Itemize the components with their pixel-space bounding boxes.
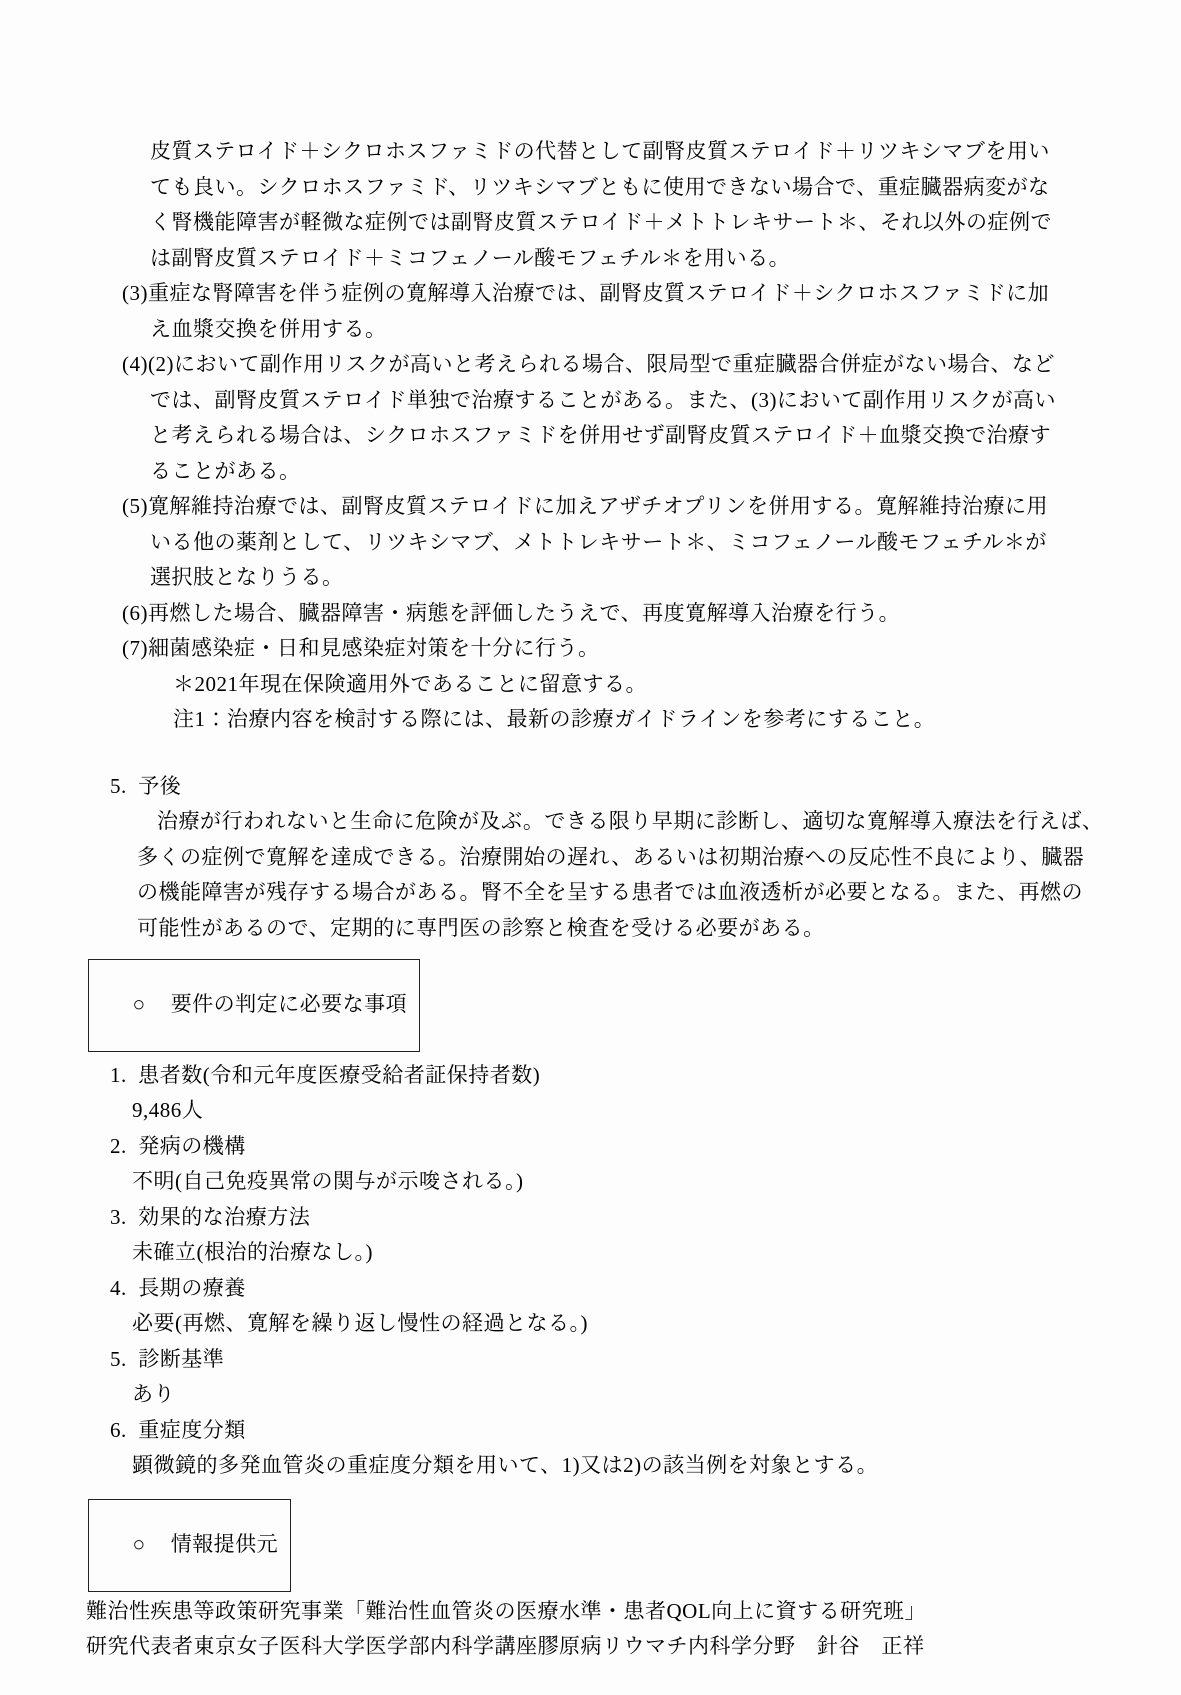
treatment-item-line: (7)細菌感染症・日和見感染症対策を十分に行う。 [0,631,1181,667]
treatment-item-line: と考えられる場合は、シクロホスファミドを併用せず副腎皮質ステロイド＋血漿交換で治… [0,418,1181,454]
requirement-value: 9,486人 [0,1093,1181,1129]
treatment-item-line: (5)寛解維持治療では、副腎皮質ステロイドに加えアザチオプリンを併用する。寛解維… [0,489,1181,525]
requirements-entries: 1. 患者数(令和元年度医療受給者証保持者数)9,486人2. 発病の機構不明(… [0,1058,1181,1484]
treatment-continuation-line: は副腎皮質ステロイド＋ミコフェノール酸モフェチル＊を用いる。 [0,241,1181,277]
source-section: ○情報提供元 難治性疾患等政策研究事業「難治性血管炎の医療水準・患者QOL向上に… [0,1499,1181,1665]
requirement-label: 5. 診断基準 [0,1342,1181,1378]
requirement-value: 顕微鏡的多発血管炎の重症度分類を用いて、1)又は2)の該当例を対象とする。 [0,1448,1181,1484]
treatment-item-line: いる他の薬剤として、リツキシマブ、メトトレキサート＊、ミコフェノール酸モフェチル… [0,525,1181,561]
treatment-lines: 皮質ステロイド＋シクロホスファミドの代替として副腎皮質ステロイド＋リツキシマブを… [0,134,1181,738]
treatment-note-line: 注1：治療内容を検討する際には、最新の診療ガイドラインを参考にすること。 [0,702,1181,738]
requirement-value: 必要(再燃、寛解を繰り返し慢性の経過となる。) [0,1306,1181,1342]
source-lines: 難治性疾患等政策研究事業「難治性血管炎の医療水準・患者QOL向上に資する研究班」… [0,1594,1181,1665]
circle-bullet-icon: ○ [133,1532,146,1556]
prognosis-paragraph: 治療が行われないと生命に危険が及ぶ。できる限り早期に診断し、適切な寛解導入療法を… [0,804,1181,946]
prognosis-section: 5. 予後 治療が行われないと生命に危険が及ぶ。できる限り早期に診断し、適切な寛… [0,769,1181,947]
requirement-label: 6. 重症度分類 [0,1413,1181,1449]
treatment-continuation-line: 皮質ステロイド＋シクロホスファミドの代替として副腎皮質ステロイド＋リツキシマブを… [0,134,1181,170]
treatment-section: 皮質ステロイド＋シクロホスファミドの代替として副腎皮質ステロイド＋リツキシマブを… [0,134,1181,738]
prognosis-line: 多くの症例で寛解を達成できる。治療開始の遅れ、あるいは初期治療への反応性不良によ… [0,840,1181,876]
treatment-item-line: では、副腎皮質ステロイド単独で治療することがある。また、(3)において副作用リス… [0,383,1181,419]
prognosis-line: の機能障害が残存する場合がある。腎不全を呈する患者では血液透析が必要となる。また… [0,875,1181,911]
treatment-item-line: え血漿交換を併用する。 [0,312,1181,348]
source-heading: 情報提供元 [171,1532,279,1556]
treatment-item-line: (4)(2)において副作用リスクが高いと考えられる場合、限局型で重症臓器合併症が… [0,347,1181,383]
document-page: 皮質ステロイド＋シクロホスファミドの代替として副腎皮質ステロイド＋リツキシマブを… [0,0,1181,1695]
requirement-value: 不明(自己免疫異常の関与が示唆される。) [0,1164,1181,1200]
circle-bullet-icon: ○ [133,992,146,1016]
requirement-value: あり [0,1377,1181,1413]
requirement-label: 2. 発病の機構 [0,1129,1181,1165]
requirement-label: 1. 患者数(令和元年度医療受給者証保持者数) [0,1058,1181,1094]
requirements-heading: 要件の判定に必要な事項 [171,992,408,1016]
treatment-continuation-line: く腎機能障害が軽微な症例では副腎皮質ステロイド＋メトトレキサート＊、それ以外の症… [0,205,1181,241]
treatment-item-line: (3)重症な腎障害を伴う症例の寛解導入治療では、副腎皮質ステロイド＋シクロホスフ… [0,276,1181,312]
requirement-value: 未確立(根治的治療なし。) [0,1235,1181,1271]
source-line: 研究代表者東京女子医科大学医学部内科学講座膠原病リウマチ内科学分野 針谷 正祥 [0,1629,1181,1665]
prognosis-line: 可能性があるので、定期的に専門医の診察と検査を受ける必要がある。 [0,911,1181,947]
source-line: 難治性疾患等政策研究事業「難治性血管炎の医療水準・患者QOL向上に資する研究班」 [0,1594,1181,1630]
prognosis-line: 治療が行われないと生命に危険が及ぶ。できる限り早期に診断し、適切な寛解導入療法を… [0,804,1181,840]
treatment-item-line: 選択肢となりうる。 [0,560,1181,596]
requirement-label: 3. 効果的な治療方法 [0,1200,1181,1236]
treatment-continuation-line: ても良い。シクロホスファミド、リツキシマブともに使用できない場合で、重症臓器病変… [0,170,1181,206]
treatment-item-line: (6)再燃した場合、臓器障害・病態を評価したうえで、再度寛解導入治療を行う。 [0,596,1181,632]
requirements-heading-box: ○要件の判定に必要な事項 [88,959,420,1052]
source-heading-box: ○情報提供元 [88,1499,291,1592]
treatment-note-line: ＊2021年現在保険適用外であることに留意する。 [0,667,1181,703]
prognosis-heading: 5. 予後 [0,769,1181,805]
treatment-item-line: ることがある。 [0,454,1181,490]
requirement-label: 4. 長期の療養 [0,1271,1181,1307]
requirements-section: ○要件の判定に必要な事項 1. 患者数(令和元年度医療受給者証保持者数)9,48… [0,959,1181,1484]
